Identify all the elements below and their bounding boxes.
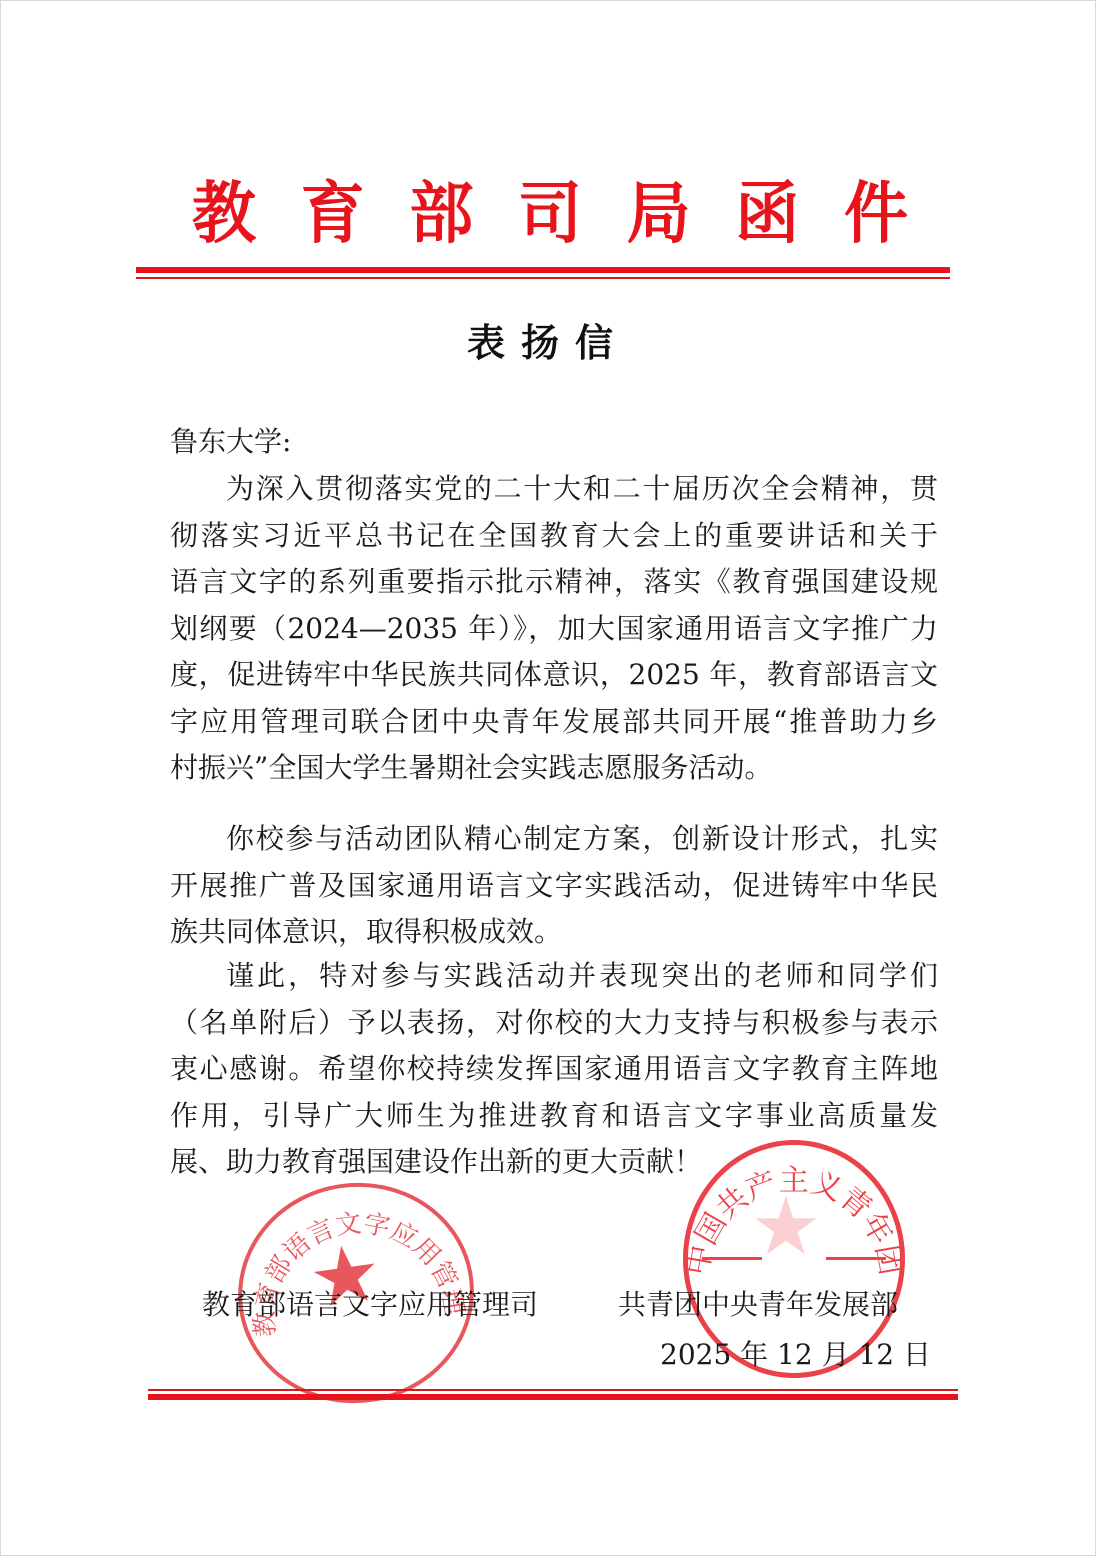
signer-right: 共青团中央青年发展部 (618, 1283, 898, 1323)
signer-left: 教育部语言文字应用管理司 (202, 1283, 538, 1323)
masthead-char: 部 (409, 160, 473, 257)
text-line: （名单附后）予以表扬，对你校的大力支持与积极参与表示 (170, 1000, 938, 1047)
seal-bar (826, 1257, 886, 1260)
salutation: 鲁东大学: (170, 420, 291, 460)
header-rule-thick (136, 267, 950, 273)
text-line: 谨此，特对参与实践活动并表现突出的老师和同学们 (170, 953, 938, 1000)
document-title: 表扬信 (0, 312, 1096, 367)
text-line: 度，促进铸牢中华民族共同体意识，2025 年，教育部语言文 (170, 652, 938, 699)
issue-date: 2025 年 12 月 12 日 (660, 1333, 931, 1373)
text-line: 作用，引导广大师生为推进教育和语言文字事业高质量发 (170, 1093, 938, 1140)
text-line: 开展推广普及国家通用语言文字实践活动，促进铸牢中华民 (170, 863, 938, 910)
text-line: 划纲要（2024—2035 年）》，加大国家通用语言文字推广力 (170, 606, 938, 653)
text-line: 字应用管理司联合团中央青年发展部共同开展“推普助力乡 (170, 699, 938, 746)
footer-rule-thick (148, 1394, 958, 1400)
footer-rule-thin (148, 1389, 958, 1391)
masthead-char: 局 (627, 160, 691, 257)
text-line: 为深入贯彻落实党的二十大和二十届历次全会精神，贯 (170, 466, 938, 513)
text-line: 你校参与活动团队精心制定方案，创新设计形式，扎实 (170, 816, 938, 863)
masthead-char: 司 (518, 160, 582, 257)
star-icon: ★ (750, 1187, 822, 1267)
masthead-char: 函 (735, 160, 799, 257)
paragraph-2: 你校参与活动团队精心制定方案，创新设计形式，扎实 开展推广普及国家通用语言文字实… (170, 816, 938, 956)
paragraph-1: 为深入贯彻落实党的二十大和二十届历次全会精神，贯 彻落实习近平总书记在全国教育大… (170, 466, 938, 792)
text-line: 族共同体意识，取得积极成效。 (170, 909, 938, 956)
masthead: 教 育 部 司 局 函 件 (130, 168, 970, 248)
text-line: 语言文字的系列重要指示批示精神，落实《教育强国建设规 (170, 559, 938, 606)
text-line: 村振兴”全国大学生暑期社会实践志愿服务活动。 (170, 745, 938, 792)
text-line: 彻落实习近平总书记在全国教育大会上的重要讲话和关于 (170, 513, 938, 560)
masthead-char: 教 (192, 160, 256, 257)
text-line: 衷心感谢。希望你校持续发挥国家通用语言文字教育主阵地 (170, 1046, 938, 1093)
masthead-char: 件 (844, 160, 908, 257)
masthead-char: 育 (301, 160, 365, 257)
seal-bar (702, 1257, 762, 1260)
header-rule-thin (136, 277, 950, 279)
